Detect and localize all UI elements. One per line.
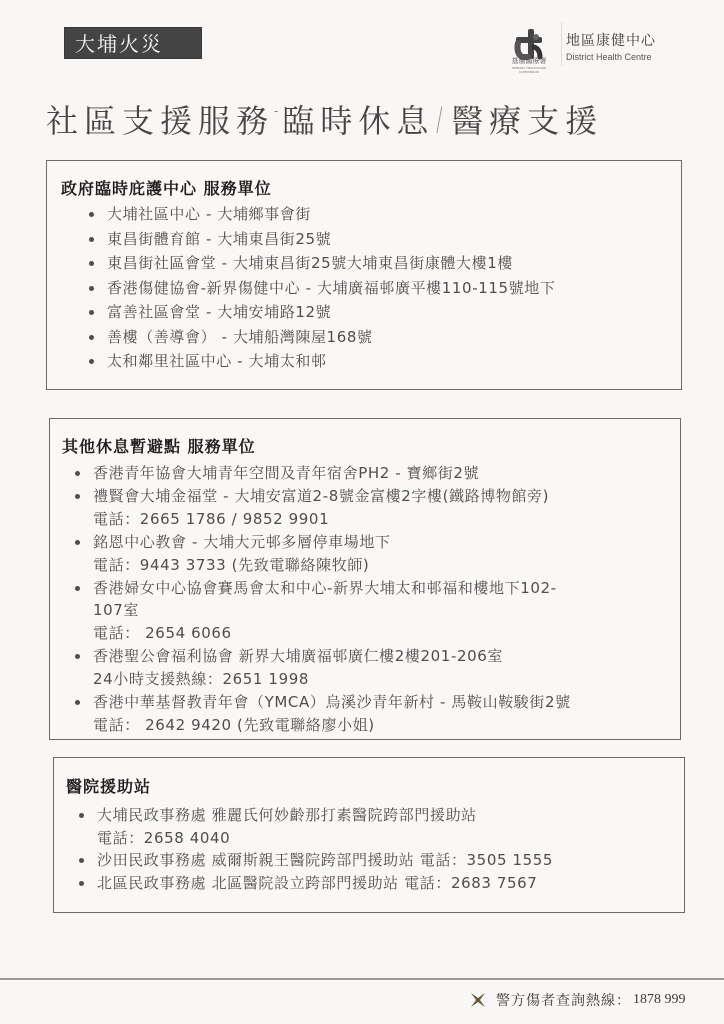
footer-divider: [0, 978, 724, 980]
title-part-temporary-rest: 臨時休息: [282, 96, 434, 142]
list-item: 大埔民政事務處 雅麗氏何妙齡那打素醫院跨部門援助站 電話：2658 4040: [97, 804, 553, 849]
list-item: 大埔社區中心 - 大埔鄉事會街: [107, 202, 555, 227]
list-item: 香港青年協會大埔青年空間及青年宿舍PH2 - 寶鄉街2號: [93, 462, 571, 485]
hotline-number: 24小時支援熱線：2651 1998: [93, 668, 571, 691]
sparkle-star-icon: [470, 992, 486, 1008]
event-tag: 大埔火災: [64, 27, 202, 59]
section-government-shelters: 政府臨時庇護中心 服務單位 大埔社區中心 - 大埔鄉事會街 東昌街體育館 - 大…: [46, 160, 682, 390]
phone-number: 電話： 2654 6066: [93, 622, 571, 645]
hospital-station-list: 大埔民政事務處 雅麗氏何妙齡那打素醫院跨部門援助站 電話：2658 4040 沙…: [97, 804, 553, 894]
list-item: 香港中華基督教青年會（YMCA）烏溪沙青年新村 - 馬鞍山鞍駿街2號 電話： 2…: [93, 691, 571, 737]
title-part-medical-support: 醫療支援: [451, 96, 603, 142]
list-item: 銘恩中心教會 - 大埔大元邨多層停車場地下 電話：9443 3733 (先致電聯…: [93, 531, 571, 577]
list-item: 禮賢會大埔金福堂 - 大埔安富道2-8號金富樓2字樓(鐵路博物館旁) 電話：26…: [93, 485, 571, 531]
list-item: 沙田民政事務處 威爾斯親王醫院跨部門援助站 電話：3505 1555: [97, 849, 553, 872]
list-item: 富善社區會堂 - 大埔安埔路12號: [107, 300, 555, 325]
list-item: 香港婦女中心協會賽馬會太和中心-新界大埔太和邨福和樓地下102- 107室 電話…: [93, 577, 571, 646]
section-heading: 醫院援助站: [66, 774, 151, 797]
shelter-list: 大埔社區中心 - 大埔鄉事會街 東昌街體育館 - 大埔東昌街25號 東昌街社區會…: [107, 202, 555, 374]
centre-name-en: District Health Centre: [566, 52, 652, 62]
title-part-community-support: 社區支援服務: [46, 96, 274, 142]
title-separator: -: [274, 104, 278, 118]
phone-number: 電話： 2642 9420 (先致電聯絡廖小姐): [93, 714, 571, 737]
section-hospital-assistance: 醫院援助站 大埔民政事務處 雅麗氏何妙齡那打素醫院跨部門援助站 電話：2658 …: [53, 757, 685, 913]
list-item: 香港聖公會福利協會 新界大埔廣福邨廣仁樓2樓201-206室 24小時支援熱線：…: [93, 645, 571, 691]
list-item: 北區民政事務處 北區醫院設立跨部門援助站 電話：2683 7567: [97, 872, 553, 895]
centre-name-zh: 地區康健中心: [566, 30, 656, 50]
logo-divider: [561, 22, 562, 66]
phone-number: 電話：9443 3733 (先致電聯絡陳牧師): [93, 554, 571, 577]
commission-name-en: PRIMARY HEALTHCARE COMMISSION: [506, 66, 552, 74]
list-item: 東昌街體育館 - 大埔東昌街25號: [107, 227, 555, 252]
list-item: 香港傷健協會-新界傷健中心 - 大埔廣福邨廣平樓110-115號地下: [107, 276, 555, 301]
page-title: 社區支援服務 - 臨時休息 / 醫療支援: [46, 96, 603, 142]
commission-name-zh: 基層醫療署: [506, 56, 552, 66]
rest-point-list: 香港青年協會大埔青年空間及青年宿舍PH2 - 寶鄉街2號 禮賢會大埔金福堂 - …: [93, 462, 571, 737]
phone-number: 電話：2658 4040: [97, 827, 553, 850]
hotline-label: 警方傷者查詢熱線：: [496, 990, 631, 1010]
list-item: 太和鄰里社區中心 - 大埔太和邨: [107, 349, 555, 374]
list-item: 東昌街社區會堂 - 大埔東昌街25號大埔東昌街康體大樓1樓: [107, 251, 555, 276]
district-health-centre-logo: 基層醫療署 PRIMARY HEALTHCARE COMMISSION 地區康健…: [506, 18, 676, 78]
section-other-rest-points: 其他休息暫避點 服務單位 香港青年協會大埔青年空間及青年宿舍PH2 - 寶鄉街2…: [49, 418, 681, 740]
title-separator-slash: /: [437, 100, 443, 138]
list-item: 善樓（善導會） - 大埔船灣陳屋168號: [107, 325, 555, 350]
section-heading: 其他休息暫避點 服務單位: [62, 434, 256, 457]
phone-number: 電話：2665 1786 / 9852 9901: [93, 508, 571, 531]
section-heading: 政府臨時庇護中心 服務單位: [61, 176, 272, 199]
police-hotline: 警方傷者查詢熱線： 1878 999: [470, 990, 686, 1010]
hotline-number: 1878 999: [633, 992, 686, 1008]
